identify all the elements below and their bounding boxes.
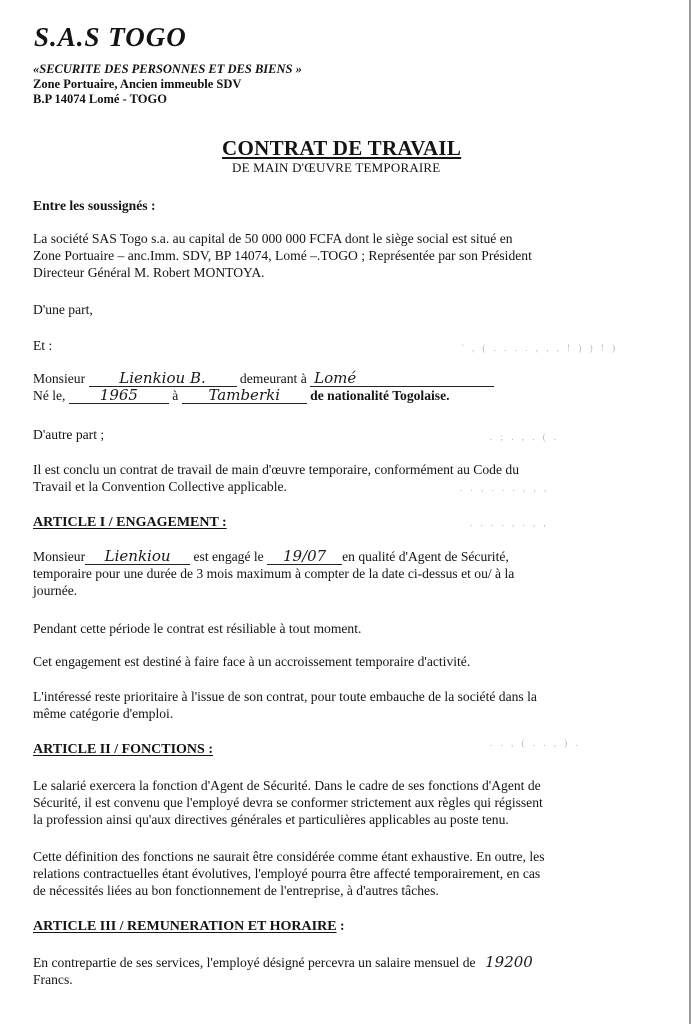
article-1-paragraph: Cet engagement est destiné à faire face … <box>33 653 470 670</box>
paragraph-line: de nécessités liées au bon fonctionnemen… <box>33 882 544 899</box>
article-1-paragraph: Pendant cette période le contrat est rés… <box>33 620 361 637</box>
company-description-line: Directeur Général M. Robert MONTOYA. <box>33 264 532 281</box>
engagement-role-text: en qualité d'Agent de Sécurité, <box>342 549 509 564</box>
paragraph-line: L'intéressé reste prioritaire à l'issue … <box>33 688 537 705</box>
article-3-heading-suffix: : <box>337 918 345 933</box>
scan-artifact: . ; . , . ( . <box>490 432 559 442</box>
document-subtitle: DE MAIN D'ŒUVRE TEMPORAIRE <box>232 160 440 176</box>
engaged-name-field: Lienkiou <box>85 549 190 565</box>
scan-artifact: . . . . , . , , <box>470 518 549 528</box>
parties-intro: Entre les soussignés : <box>33 197 155 214</box>
paragraph-line: Cette définition des fonctions ne saurai… <box>33 848 544 865</box>
residing-label: demeurant à <box>240 371 307 386</box>
employee-name-field: Lienkiou B. <box>89 371 237 387</box>
born-label: Né le, <box>33 388 65 403</box>
employee-identity-line: Monsieur Lienkiou B. demeurant à Lomé <box>33 370 494 387</box>
nationality-text: de nationalité Togolaise. <box>310 388 449 403</box>
preamble: Il est conclu un contrat de travail de m… <box>33 461 519 495</box>
residence-field: Lomé <box>310 371 494 387</box>
engagement-line: journée. <box>33 582 514 599</box>
at-label: à <box>172 388 178 403</box>
salary-amount-field: 19200 <box>479 955 539 970</box>
preamble-line: Il est conclu un contrat de travail de m… <box>33 461 519 478</box>
paragraph-line: même catégorie d'emploi. <box>33 705 537 722</box>
company-address: Zone Portuaire, Ancien immeuble SDV <box>33 77 241 92</box>
engaged-label: est engagé le <box>194 549 264 564</box>
first-party-label: D'une part, <box>33 301 93 318</box>
preamble-line: Travail et la Convention Collective appl… <box>33 478 519 495</box>
article-3-salary: En contrepartie de ses services, l'emplo… <box>33 954 539 988</box>
company-description: La société SAS Togo s.a. au capital de 5… <box>33 230 532 281</box>
second-party-label: D'autre part ; <box>33 426 104 443</box>
company-description-line: Zone Portuaire – anc.Imm. SDV, BP 14074,… <box>33 247 532 264</box>
article-1-heading: ARTICLE I / ENGAGEMENT : <box>33 514 227 531</box>
engagement-date-field: 19/07 <box>267 549 342 565</box>
article-3-heading-line: ARTICLE III / REMUNERATION ET HORAIRE : <box>33 917 344 935</box>
paragraph-line: relations contractuelles étant évolutive… <box>33 865 544 882</box>
contract-page: S.A.S TOGO «SECURITE DES PERSONNES ET DE… <box>0 0 691 1024</box>
company-po-box: B.P 14074 Lomé - TOGO <box>33 92 167 107</box>
scan-artifact: . . , ( . . , ) . <box>490 738 581 748</box>
salary-line: En contrepartie de ses services, l'emplo… <box>33 954 539 971</box>
birthplace-field: Tamberki <box>182 388 307 404</box>
birth-date-field: 1965 <box>69 388 169 404</box>
article-1-paragraph: L'intéressé reste prioritaire à l'issue … <box>33 688 537 722</box>
company-slogan: «SECURITE DES PERSONNES ET DES BIENS » <box>33 62 302 77</box>
monsieur-label: Monsieur <box>33 371 85 386</box>
monsieur-label: Monsieur <box>33 549 85 564</box>
engagement-line: MonsieurLienkiou est engagé le 19/07en q… <box>33 548 514 565</box>
article-2-heading: ARTICLE II / FONCTIONS : <box>33 741 213 758</box>
and-label: Et : <box>33 337 52 354</box>
employee-birth-line: Né le, 1965 à Tamberki de nationalité To… <box>33 387 450 404</box>
company-name: S.A.S TOGO <box>34 22 187 53</box>
article-3-heading: ARTICLE III / REMUNERATION ET HORAIRE <box>33 919 337 934</box>
article-2-paragraph: Le salarié exercera la fonction d'Agent … <box>33 777 543 828</box>
scan-artifact: . . , . . . , , , <box>460 483 549 493</box>
salary-line: Francs. <box>33 971 539 988</box>
paragraph-line: la profession ainsi qu'aux directives gé… <box>33 811 543 828</box>
salary-text: En contrepartie de ses services, l'emplo… <box>33 955 476 970</box>
scan-artifact: ' , ( . . . . , , , ! ) ) ! ) <box>462 343 618 353</box>
engagement-line: temporaire pour une durée de 3 mois maxi… <box>33 565 514 582</box>
company-description-line: La société SAS Togo s.a. au capital de 5… <box>33 230 532 247</box>
paragraph-line: Sécurité, il est convenu que l'employé d… <box>33 794 543 811</box>
article-1-engagement: MonsieurLienkiou est engagé le 19/07en q… <box>33 548 514 599</box>
document-title: CONTRAT DE TRAVAIL <box>222 136 461 161</box>
article-2-paragraph: Cette définition des fonctions ne saurai… <box>33 848 544 899</box>
paragraph-line: Le salarié exercera la fonction d'Agent … <box>33 777 543 794</box>
